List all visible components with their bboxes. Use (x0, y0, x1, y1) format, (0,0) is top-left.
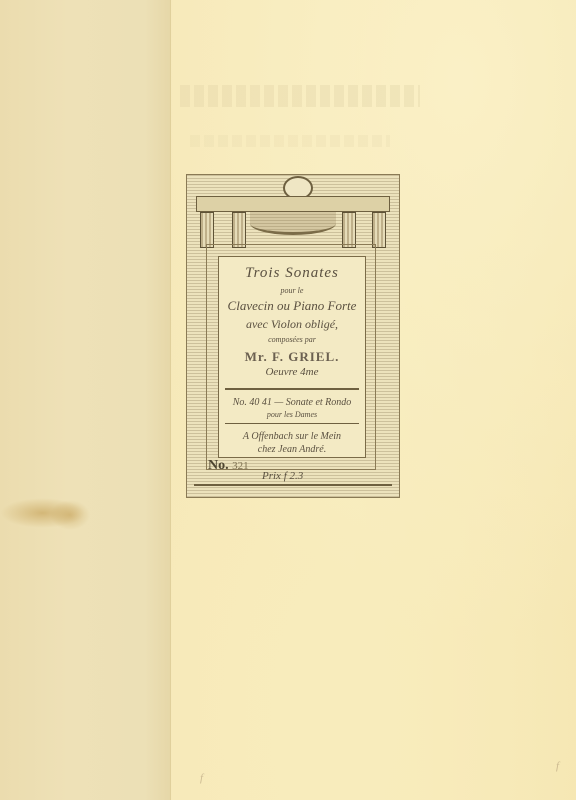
accompaniment: avec Violon obligé, (219, 317, 365, 332)
publisher-line-2: chez Jean André. (219, 444, 365, 455)
bottom-rule (194, 484, 392, 486)
price: Prix f 2.3 (262, 470, 303, 482)
title: Trois Sonates (219, 265, 365, 282)
title-cartouche: Trois Sonates pour le Clavecin ou Piano … (218, 256, 366, 458)
opus: Oeuvre 4me (219, 366, 365, 378)
publisher-line-1: A Offenbach sur le Mein (219, 431, 365, 442)
handwritten-mark: f (556, 760, 559, 772)
instrument: Clavecin ou Piano Forte (219, 298, 365, 314)
pillar-ornament (342, 212, 356, 248)
composed-by: composées par (219, 335, 365, 344)
left-page-flap (0, 0, 171, 800)
composer: Mr. F. GRIEL. (219, 349, 365, 365)
plate-number: No. 321 (208, 458, 249, 474)
cornice-ornament (196, 196, 390, 212)
pillar-ornament (200, 212, 214, 248)
plate-number-value: 321 (232, 460, 249, 472)
catalogue-line: No. 40 41 — Sonate et Rondo (219, 397, 365, 408)
water-stain (50, 500, 90, 530)
bleed-through-text (180, 85, 420, 107)
pillar-ornament (232, 212, 246, 248)
divider (225, 423, 359, 424)
plate-number-label: No. (208, 458, 229, 473)
garland-ornament-icon (250, 212, 336, 235)
handwritten-mark: f (200, 772, 203, 784)
pour-le: pour le (219, 286, 365, 295)
catalogue-line-2: pour les Dames (219, 410, 365, 419)
pillar-ornament (372, 212, 386, 248)
divider (225, 388, 359, 390)
bleed-through-text (190, 135, 390, 147)
